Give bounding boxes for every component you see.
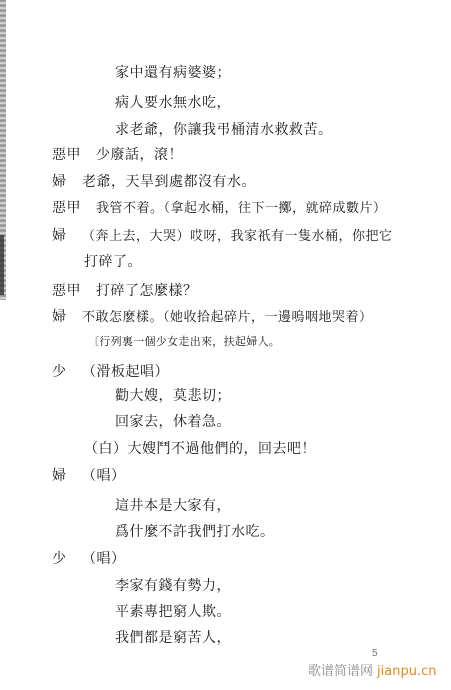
dialogue-line: 惡甲打碎了怎麼樣？ bbox=[52, 282, 198, 300]
speaker-label: 婦 bbox=[52, 467, 82, 485]
dialogue-line: 惡甲我管不着。（拿起水桶，往下一擲，就碎成數片） bbox=[52, 199, 387, 218]
speaker-label: 婦 bbox=[52, 308, 82, 326]
speaker-label: 惡甲 bbox=[52, 282, 96, 300]
stage-direction: 〔行列裏一個少女走出來，扶起婦人。 bbox=[88, 333, 280, 351]
lyric-line: 我們都是窮苦人， bbox=[115, 629, 231, 647]
speaker-label: 少 bbox=[52, 550, 82, 568]
dialogue-line: 少（唱） bbox=[52, 550, 126, 568]
dialogue-line: 婦（奔上去，大哭）哎呀，我家祇有一隻水桶，你把它 bbox=[52, 227, 393, 246]
speaker-label: 惡甲 bbox=[52, 146, 96, 164]
lyric-line: 這井本是大家有， bbox=[115, 497, 231, 515]
lyric-line: 爲什麼不許我們打水吃。 bbox=[115, 523, 275, 541]
speaker-label: 婦 bbox=[52, 173, 82, 191]
watermark-brand: jianpu.cn bbox=[377, 664, 436, 679]
dialogue-line: 婦老爺，天旱到處都沒有水。 bbox=[52, 173, 256, 191]
lyric-line: 勸大嫂，莫悲切； bbox=[115, 387, 231, 405]
speaker-label: 婦 bbox=[52, 227, 82, 245]
dialogue-line: 婦（唱） bbox=[52, 467, 126, 485]
lyric-line: 李家有錢有勢力， bbox=[115, 577, 231, 595]
lyric-line: 求老爺，你讓我弔桶清水救救苦。 bbox=[115, 121, 333, 139]
dialogue-line: 婦不敢怎麼樣。（她收拾起碎片，一邊嗚咽地哭着） bbox=[52, 308, 373, 327]
dialogue-continuation: 打碎了。 bbox=[84, 253, 142, 271]
watermark: 歌谱简谱网jianpu.cn bbox=[308, 660, 436, 679]
lyric-line: 病人要水無水吃， bbox=[115, 94, 231, 112]
book-binding-edge-dark bbox=[0, 235, 4, 295]
lyric-line: 回家去，休着急。 bbox=[115, 413, 231, 431]
dialogue-line: 少（滑板起唱） bbox=[52, 363, 169, 381]
spoken-line: （白）大嫂鬥不過他們的，回去吧！ bbox=[84, 440, 316, 458]
speaker-label: 少 bbox=[52, 363, 82, 381]
page-number: 5 bbox=[372, 648, 378, 659]
speaker-label: 惡甲 bbox=[52, 199, 96, 217]
watermark-cn: 歌谱简谱网 bbox=[308, 664, 373, 679]
lyric-line: 平素專把窮人欺。 bbox=[115, 603, 231, 621]
lyric-line: 家中還有病婆婆； bbox=[115, 64, 231, 82]
dialogue-line: 惡甲少廢話，滾！ bbox=[52, 146, 183, 164]
